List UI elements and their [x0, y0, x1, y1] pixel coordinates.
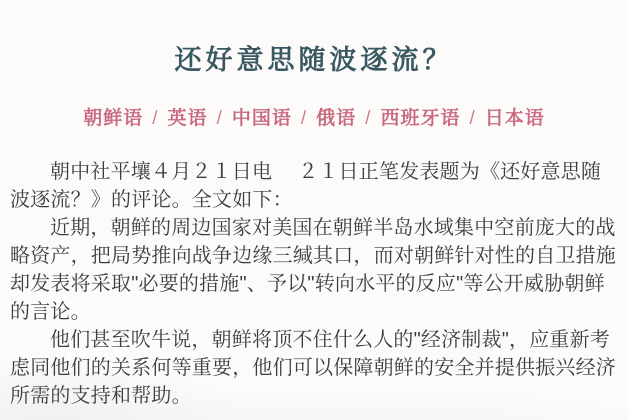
nav-item-korean[interactable]: 朝鲜语 [83, 108, 143, 129]
article-page: 还好意思随波逐流？ 朝鲜语/英语/中国语/俄语/西班牙语/日本语 朝中社平壤４月… [0, 0, 628, 420]
nav-item-russian[interactable]: 俄语 [316, 108, 356, 129]
paragraph-dateline: 朝中社平壤４月２１日电 ２１日正笔发表题为《还好意思随波逐流？》的评论。全文如下… [10, 158, 616, 214]
nav-separator: / [365, 108, 371, 130]
page-title: 还好意思随波逐流？ [0, 38, 628, 77]
nav-item-spanish[interactable]: 西班牙语 [380, 108, 460, 129]
nav-separator: / [217, 108, 223, 130]
nav-separator: / [301, 108, 307, 130]
nav-separator: / [469, 108, 475, 130]
language-nav: 朝鲜语/英语/中国语/俄语/西班牙语/日本语 [0, 103, 628, 130]
article-body: 朝中社平壤４月２１日电 ２１日正笔发表题为《还好意思随波逐流？》的评论。全文如下… [10, 158, 616, 410]
nav-separator: / [152, 108, 158, 130]
nav-item-japanese[interactable]: 日本语 [485, 108, 545, 129]
paragraph-body-2: 他们甚至吹牛说，朝鲜将顶不住什么人的"经济制裁"，应重新考虑同他们的关系何等重要… [10, 326, 616, 410]
paragraph-body-1: 近期，朝鲜的周边国家对美国在朝鲜半岛水域集中空前庞大的战略资产，把局势推向战争边… [10, 214, 616, 326]
nav-item-chinese[interactable]: 中国语 [232, 108, 292, 129]
nav-item-english[interactable]: 英语 [168, 108, 208, 129]
